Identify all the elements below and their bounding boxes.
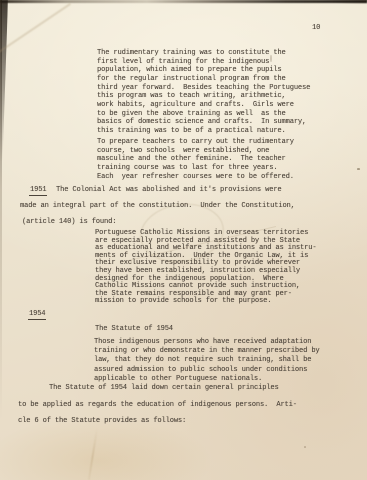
paper-speck bbox=[357, 168, 360, 170]
paper-left-edge-sliver bbox=[0, 0, 2, 420]
line-statute-principles-1: The Statute of 1954 laid down certain ge… bbox=[49, 384, 279, 393]
paragraph-rudimentary-training: The rudimentary training was to constitu… bbox=[97, 49, 310, 136]
heading-statute-1954: The Statute of 1954 bbox=[95, 325, 173, 334]
paragraph-statute-adaptation: Those indigenous persons who have receiv… bbox=[94, 338, 320, 384]
paper-speck bbox=[304, 446, 306, 448]
paper-top-right-shadow bbox=[307, 0, 367, 6]
year-1951-label: 1951 bbox=[29, 186, 47, 195]
document-page: 10 The rudimentary training was to const… bbox=[0, 0, 367, 480]
page-number: 10 bbox=[312, 24, 320, 33]
line-constitution: made an integral part of the constitutio… bbox=[20, 202, 295, 211]
year-1954-label: 1954 bbox=[28, 310, 46, 319]
line-colonial-act: The Colonial Act was abolished and it's … bbox=[56, 186, 282, 195]
year-1951-text: 1951 bbox=[29, 186, 47, 196]
line-statute-principles-3: cle 6 of the Statute provides as follows… bbox=[18, 417, 186, 426]
paragraph-teacher-training: To prepare teachers to carry out the rud… bbox=[97, 138, 294, 181]
line-statute-principles-2: to be applied as regards the education o… bbox=[18, 401, 297, 410]
line-article-140: (article 140) is found: bbox=[22, 218, 116, 227]
paper-crease-bottom-left bbox=[88, 428, 98, 480]
paper-crease-top-left bbox=[0, 3, 71, 55]
blockquote-article-140: Portuguese Catholic Missions in overseas… bbox=[95, 230, 316, 306]
year-1954-text: 1954 bbox=[28, 310, 46, 320]
